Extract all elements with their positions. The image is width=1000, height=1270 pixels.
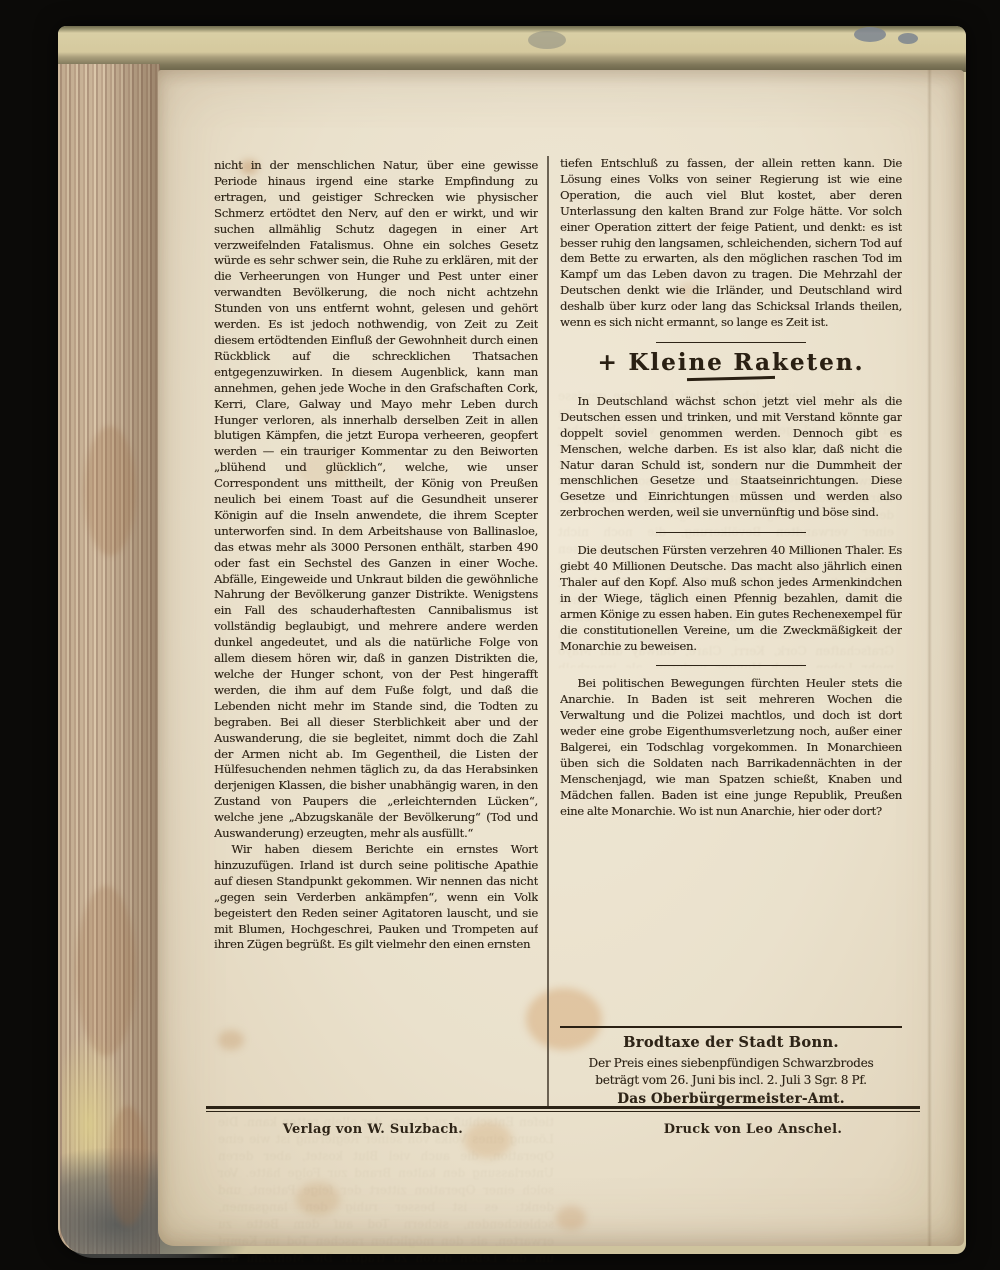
right-column: tiefen Entschluß zu fassen, der allein r…	[560, 156, 902, 1108]
footer-double-rule	[206, 1106, 920, 1112]
page-fold-crease	[927, 70, 932, 1246]
bread-price-notice: Brodtaxe der Stadt Bonn. Der Preis eines…	[560, 1014, 902, 1108]
left-column: nicht in der menschlichen Natur, über ei…	[214, 158, 538, 1106]
newspaper-page: nicht in der menschlichen Natur, über ei…	[158, 70, 964, 1246]
separator-rule	[656, 532, 806, 533]
edge-damage-spot	[528, 31, 566, 49]
notice-title: Brodtaxe der Stadt Bonn.	[560, 1035, 902, 1051]
right-column-lead-paragraph: tiefen Entschluß zu fassen, der allein r…	[560, 156, 902, 331]
column-divider-rule	[547, 156, 549, 1106]
heading-underline-rule	[687, 376, 775, 381]
section-item: In Deutschland wächst schon jetzt viel m…	[560, 394, 902, 521]
notice-body: Der Preis eines siebenpfündigen Schwarzb…	[560, 1055, 902, 1089]
separator-rule	[656, 665, 806, 666]
fox-stain	[296, 1182, 340, 1216]
fox-stain	[84, 426, 136, 556]
notice-top-rule	[560, 1026, 902, 1028]
edge-damage-spot	[854, 27, 886, 42]
section-item: Bei politischen Bewegungen fürchten Heul…	[560, 676, 902, 819]
separator-rule	[656, 342, 806, 343]
section-item: Die deutschen Fürsten verzehren 40 Milli…	[560, 543, 902, 654]
left-column-paragraph: nicht in der menschlichen Natur, über ei…	[214, 158, 538, 842]
fox-stain	[108, 1106, 148, 1226]
book-top-edge	[58, 26, 966, 72]
left-column-paragraph: Wir haben diesem Berichte ein ernstes Wo…	[214, 842, 538, 953]
fox-stain	[76, 886, 136, 1056]
edge-damage-spot	[898, 33, 918, 44]
text-area: nicht in der menschlichen Natur, über ei…	[214, 156, 902, 1108]
fox-stain	[556, 1206, 586, 1230]
publisher-imprint: Verlag von W. Sulzbach.	[218, 1122, 528, 1137]
printer-imprint: Druck von Leo Anschel.	[588, 1122, 918, 1137]
section-heading: + Kleine Raketen.	[560, 355, 902, 371]
scanned-book: nicht in der menschlichen Natur, über ei…	[58, 26, 966, 1254]
